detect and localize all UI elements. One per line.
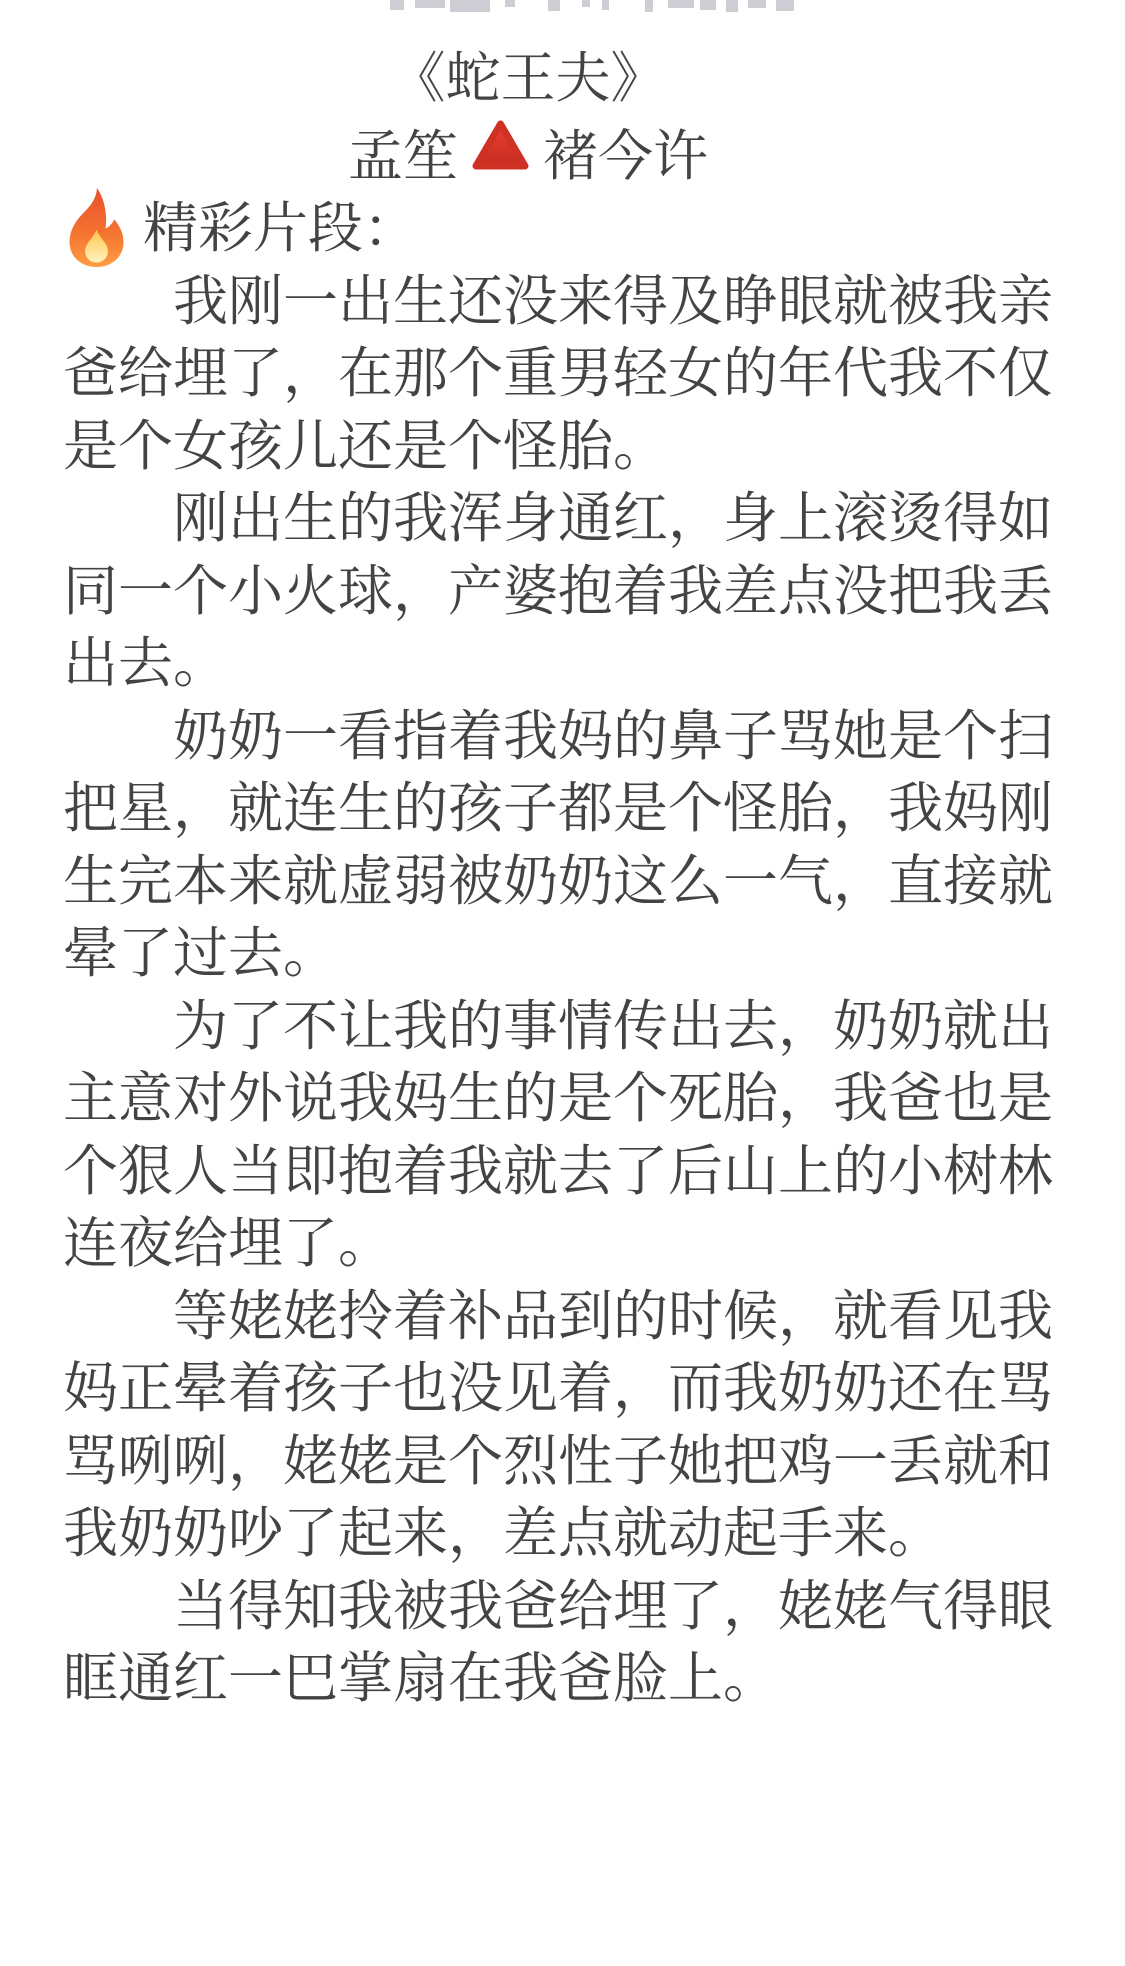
fire-icon [61,186,131,286]
author-line: 孟笙 褚今许 [63,115,993,193]
excerpt-paragraph: 为了不让我的事情传出去，奶奶就出主意对外说我妈生的是个死胎，我爸也是个狠人当即抱… [63,990,1063,1280]
excerpt-paragraph: 等姥姥拎着补品到的时候，就看见我妈正晕着孩子也没见着，而我奶奶还在骂骂咧咧，姥姥… [63,1280,1063,1570]
section-heading-label: 精彩片段： [143,197,418,259]
excerpt-paragraph: 奶奶一看指着我妈的鼻子骂她是个扫把星，就连生的孩子都是个怪胎，我妈刚生完本来就虚… [63,700,1063,990]
excerpt-paragraph: 刚出生的我浑身通红，身上滚烫得如同一个小火球，产婆抱着我差点没把我丢出去。 [63,482,1063,700]
text-content: 《蛇王夫》 孟笙 褚今许 [0,0,1125,1715]
excerpt-body: 我刚一出生还没来得及睁眼就被我亲爸给埋了，在那个重男轻女的年代我不仅是个女孩儿还… [63,265,1063,1715]
document-page: 《蛇王夫》 孟笙 褚今许 [0,0,1125,1966]
book-title: 《蛇王夫》 [63,42,993,115]
red-triangle-icon [472,115,529,188]
section-heading: 精彩片段： [63,192,1063,265]
excerpt-paragraph: 我刚一出生还没来得及睁眼就被我亲爸给埋了，在那个重男轻女的年代我不仅是个女孩儿还… [63,265,1063,483]
excerpt-paragraph: 当得知我被我爸给埋了，姥姥气得眼眶通红一巴掌扇在我爸脸上。 [63,1570,1063,1715]
author-name-right: 褚今许 [543,125,708,187]
author-name-left: 孟笙 [348,125,458,187]
